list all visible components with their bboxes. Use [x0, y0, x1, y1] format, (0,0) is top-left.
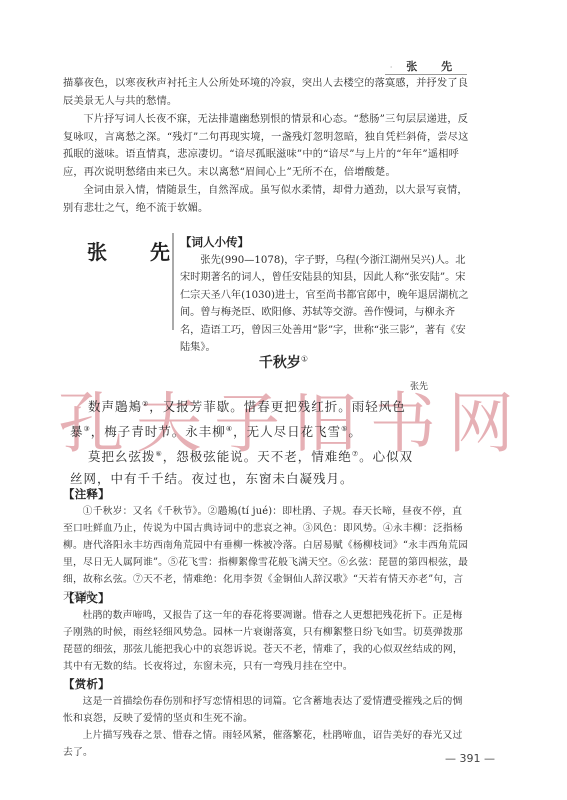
prev-paragraph-3: 全词由景入情，情随景生，自然浑成。虽写似水柔情，却骨力遒劲，以大景写哀情，别有悲… [63, 182, 471, 217]
footnote-marker: ① [301, 354, 308, 363]
poem-body: 数声鶗鴂②，又报芳菲歇。惜春更把残红折。雨轻风色 暴③，梅子青时节。永丰柳④，无… [88, 393, 468, 490]
notes-section: 【注释】 ①千秋岁：又名《千秋节》。②鶗鴂(tí jué)：即杜鹃、子规。春天长… [63, 486, 471, 605]
header-dot: · [390, 63, 393, 72]
page-number: — 391 — [445, 752, 495, 765]
translation-label: 【译文】 [63, 590, 471, 607]
poem-line: 暴③，梅子青时节。永丰柳④，无人尽日花飞雪⑤。 [70, 418, 468, 443]
poem-author: 张先 [410, 379, 428, 392]
translation-text: 杜鹃的数声啼鸣，又报告了这一年的春花将要凋谢。惜春之人更想把残花折下。正是梅子刚… [63, 607, 471, 675]
poem-line: 莫把幺弦拨⑥，怨极弦能说。天不老，情难绝⑦。心似双 [88, 443, 468, 468]
prev-paragraph-2: 下片抒写词人长夜不寐，无法排遣幽愁别恨的情景和心态。“愁肠”三句层层递进，反复咏… [63, 111, 471, 181]
prev-paragraph-1: 描摹夜色，以寒夜秋声衬托主人公所处环境的冷寂，突出人去楼空的落寞感，并抒发了良辰… [63, 75, 471, 110]
bio-text: 张先(990—1078)，字子野，乌程(今浙江湖州吴兴)人。北宋时期著名的词人，… [180, 252, 472, 357]
divider [172, 233, 174, 330]
translation-section: 【译文】 杜鹃的数声啼鸣，又报告了这一年的春花将要凋谢。惜春之人更想把残花折下。… [63, 590, 471, 675]
author-bio: 【词人小传】 张先(990—1078)，字子野，乌程(今浙江湖州吴兴)人。北宋时… [180, 234, 472, 357]
appreciation-label: 【赏析】 [63, 676, 471, 693]
bio-label: 【词人小传】 [180, 234, 472, 252]
poem-line: 数声鶗鴂②，又报芳菲歇。惜春更把残红折。雨轻风色 [88, 393, 468, 418]
notes-label: 【注释】 [63, 486, 471, 503]
appreciation-text-1: 这是一首描绘伤春伤别和抒写恋情相思的词篇。它含蓄地表达了爱情遭受摧残之后的惆怅和… [63, 693, 471, 727]
running-header: · 张 先 · [385, 58, 467, 75]
poem-title-text: 千秋岁 [259, 355, 301, 371]
appreciation-section: 【赏析】 这是一首描绘伤春伤别和抒写恋情相思的词篇。它含蓄地表达了爱情遭受摧残之… [63, 676, 471, 761]
poem-title: 千秋岁① [0, 352, 567, 372]
header-title: 张 先 [406, 60, 462, 73]
appreciation-text-2: 上片描写残春之景、惜春之情。雨轻风紧，催落繁花，杜鹃啼血，诏告美好的春光又过去了… [63, 727, 471, 761]
